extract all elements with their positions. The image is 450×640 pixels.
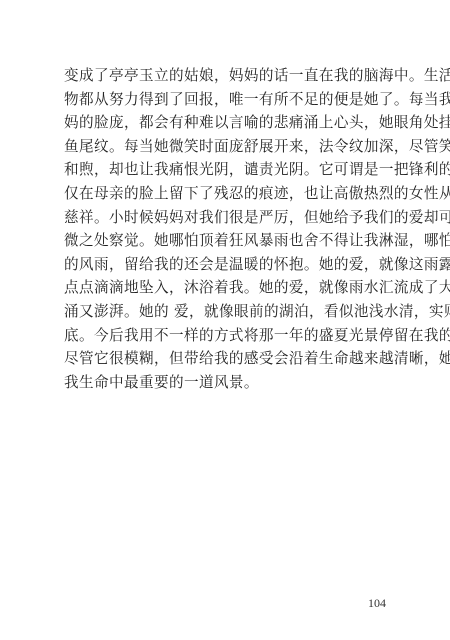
text-line: 和煦，却也让我痛恨光阴，谴责光阴。它可谓是一把锋利的刀，不 bbox=[64, 158, 388, 182]
text-line: 的风雨，留给我的还会是温暖的怀抱。她的爱，就像这雨露一样， bbox=[64, 253, 388, 277]
text-line: 点点滴滴地坠入，沐浴着我。她的爱，就像雨水汇流成了大河，汹 bbox=[64, 276, 388, 300]
text-line: 鱼尾纹。每当她微笑时面庞舒展开来，法令纹加深，尽管笑容温柔 bbox=[64, 135, 388, 159]
text-line: 微之处察觉。她哪怕顶着狂风暴雨也舍不得让我淋湿，哪怕是再大 bbox=[64, 229, 388, 253]
page-number: 104 bbox=[368, 596, 386, 611]
text-line: 变成了亭亭玉立的姑娘，妈妈的话一直在我的脑海中。生活中的事 bbox=[64, 64, 388, 88]
text-line: 仅在母亲的脸上留下了残忍的痕迹，也让高傲热烈的女性从此弓背 bbox=[64, 182, 388, 206]
text-line: 妈的脸庞，都会有种难以言喻的悲痛涌上心头，她眼角处挂着深深 bbox=[64, 111, 388, 135]
text-line: 物都从努力得到了回报，唯一有所不足的便是她了。每当我望着妈 bbox=[64, 88, 388, 112]
text-line: 底。今后我用不一样的方式将那一年的盛夏光景停留在我的回忆里， bbox=[64, 324, 388, 348]
text-line: 我生命中最重要的一道风景。 bbox=[64, 371, 388, 395]
document-page: 变成了亭亭玉立的姑娘，妈妈的话一直在我的脑海中。生活中的事 物都从努力得到了回报… bbox=[0, 0, 450, 640]
text-line: 涌又澎湃。她的 爱，就像眼前的湖泊，看似池浅水清，实则深不见 bbox=[64, 300, 388, 324]
body-paragraph: 变成了亭亭玉立的姑娘，妈妈的话一直在我的脑海中。生活中的事 物都从努力得到了回报… bbox=[64, 64, 388, 394]
text-line: 尽管它很模糊，但带给我的感受会沿着生命越来越清晰，她永远是 bbox=[64, 347, 388, 371]
text-line: 慈祥。小时候妈妈对我们很是严厉，但她给予我们的爱却可以在细 bbox=[64, 206, 388, 230]
